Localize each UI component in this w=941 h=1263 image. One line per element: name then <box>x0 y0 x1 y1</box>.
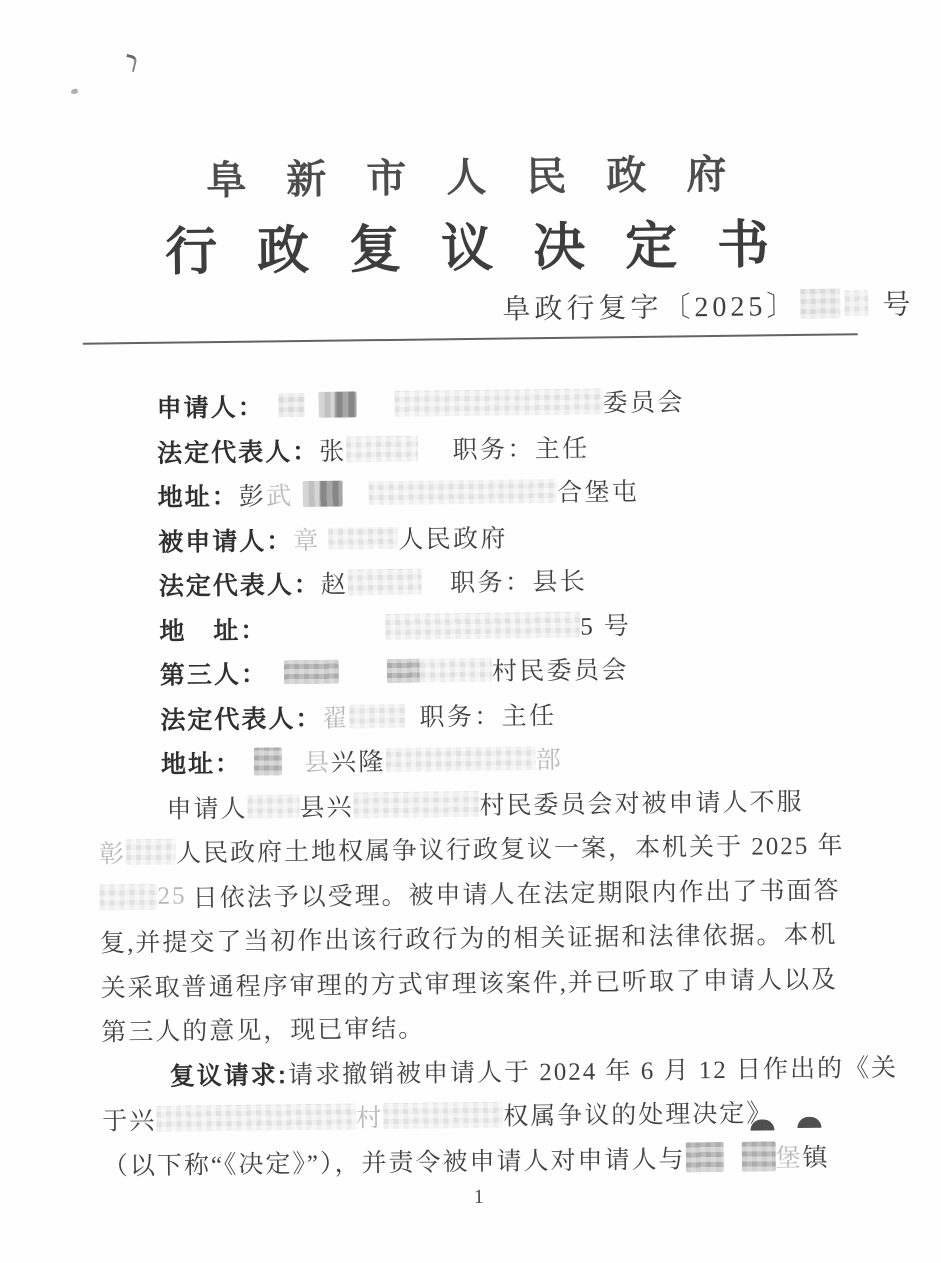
document-title: 行政复议决定书 <box>0 200 938 286</box>
redaction-block <box>303 481 343 507</box>
spacer <box>405 715 419 716</box>
document-text: 委员会 <box>602 383 685 420</box>
redaction-block <box>420 658 492 683</box>
field-label: 被申请人： <box>158 521 293 559</box>
faint-text: 村 <box>356 1098 383 1134</box>
spacer <box>419 447 453 448</box>
document-text: 人民政府 <box>398 518 508 555</box>
redaction-block <box>383 1102 503 1129</box>
redaction-block <box>394 389 602 418</box>
document-text: （以下称“《决定》”），并责令被申请人对申请人与 <box>103 1139 686 1182</box>
redaction-block <box>247 794 299 819</box>
field-label: 地址： <box>157 477 238 514</box>
faint-text: 彰 <box>99 834 126 870</box>
spacer <box>293 494 303 495</box>
document-text: 职务：主任 <box>452 428 589 466</box>
redaction-block <box>348 569 422 596</box>
redaction-block <box>741 1141 775 1171</box>
spacer <box>343 493 369 494</box>
faint-text: 部 <box>536 740 563 776</box>
spacer <box>265 405 279 406</box>
header-divider-line <box>83 333 858 344</box>
redaction-block <box>386 746 536 772</box>
document-line: （以下称“《决定》”），并责令被申请人对申请人与堡镇 <box>103 1133 883 1187</box>
document-body: 申请人：委员会法定代表人：张职务：主任地址：彭武合堡屯被申请人：章人民政府法定代… <box>93 376 883 1186</box>
document-text: 权属争议的处理决定》 <box>503 1094 773 1133</box>
redaction-block <box>353 791 479 819</box>
field-label: 地址： <box>161 744 242 781</box>
spacer <box>422 581 450 582</box>
document-text: 请求撤销被申请人于 2024 年 6 月 12 日作出的《关 <box>288 1048 898 1091</box>
field-label: 第三人： <box>160 655 268 692</box>
document-text: 村民委员会 <box>492 650 629 688</box>
scanned-document-page: 阜新市人民政府 行政复议决定书 阜政行复字〔2025〕 号 申请人：委员会法定代… <box>0 0 941 1263</box>
spacer <box>357 404 395 405</box>
redaction-block <box>284 660 339 685</box>
spacer <box>282 761 304 762</box>
document-content: 阜新市人民政府 行政复议决定书 阜政行复字〔2025〕 号 申请人：委员会法定代… <box>0 0 941 1263</box>
faint-text: 县 <box>304 743 331 779</box>
redaction-block <box>349 704 405 729</box>
redaction-block <box>685 1142 723 1172</box>
document-number: 阜政行复字〔2025〕 号 <box>502 283 914 328</box>
document-text: 赵 <box>321 565 349 601</box>
redaction-block <box>346 435 418 462</box>
spacer <box>339 671 387 673</box>
redaction-block <box>156 1104 356 1132</box>
redaction-block <box>387 659 420 683</box>
document-text: 村民委员会对被申请人不服 <box>479 782 803 822</box>
issuing-authority-title: 阜新市人民政府 <box>0 140 937 208</box>
document-text: 彭 <box>238 477 266 513</box>
redaction-block <box>278 393 304 417</box>
spacer <box>723 1156 741 1157</box>
faint-text: 25 <box>157 882 186 910</box>
spacer <box>320 538 328 539</box>
faint-text: 武 <box>266 476 293 512</box>
document-number-suffix: 号 <box>882 283 915 323</box>
redaction-block <box>844 290 868 316</box>
document-text: 合堡屯 <box>557 472 640 509</box>
document-number-prefix: 阜政行复字〔2025〕 <box>502 284 798 328</box>
faint-text: 翟 <box>322 698 349 734</box>
faint-text: 堡 <box>775 1138 802 1174</box>
redaction-block <box>369 479 557 505</box>
document-text: 人民政府土地权属争议行政复议一案，本机关于 2025 年 <box>176 826 845 870</box>
field-label: 法定代表人： <box>160 699 322 737</box>
document-text: 复,并提交了当初作出该行政行为的相关证据和法律依据。本机 <box>100 915 838 960</box>
document-text: 镇 <box>802 1137 829 1173</box>
document-text: 申请人 <box>166 788 247 825</box>
redaction-block <box>254 748 282 776</box>
document-text: 日依法予以受理。被申请人在法定期限内作出了书面答 <box>192 870 840 914</box>
field-label: 申请人： <box>156 388 264 425</box>
document-text: 张 <box>319 431 347 467</box>
document-text: 于兴 <box>102 1101 156 1138</box>
spacer <box>268 672 284 673</box>
redaction-block <box>126 839 176 866</box>
document-text: 职务：县长 <box>450 562 587 600</box>
document-text: 职务：主任 <box>419 696 556 734</box>
spacer <box>305 405 319 406</box>
document-text: 5 号 <box>580 606 631 643</box>
document-text: 县兴 <box>299 787 353 824</box>
faint-text: 章 <box>293 521 320 557</box>
redaction-block <box>385 611 580 639</box>
redaction-block <box>328 527 398 550</box>
spacer <box>267 626 385 628</box>
document-text: 关采取普通程序审理的方式审理该案件,并已听取了申请人以及 <box>100 959 838 1004</box>
redaction-block <box>800 288 840 318</box>
field-label: 地 址： <box>159 610 267 647</box>
field-label: 法定代表人： <box>159 565 321 603</box>
document-text: 兴隆 <box>331 742 386 779</box>
field-label: 法定代表人： <box>157 432 319 470</box>
spacer <box>242 761 254 762</box>
field-label: 复议请求: <box>170 1055 289 1092</box>
redaction-block <box>99 884 157 911</box>
document-text: 第三人的意见，现已审结。 <box>101 1009 425 1049</box>
redaction-block <box>318 392 356 418</box>
